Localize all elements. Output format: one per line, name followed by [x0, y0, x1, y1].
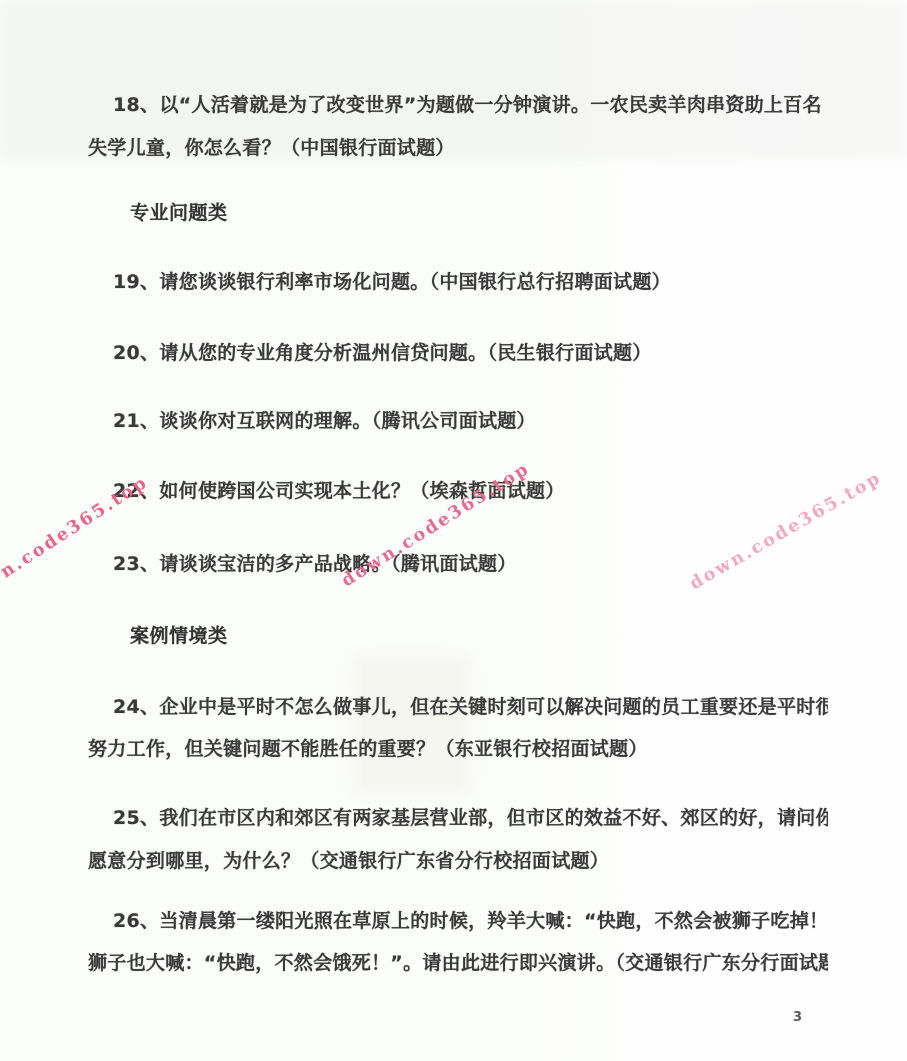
question-22: 22、如何使跨国公司实现本土化？（埃森哲面试题）	[88, 476, 828, 503]
question-18-line-2: 失学儿童，你怎么看？（中国银行面试题）	[88, 133, 828, 160]
scan-artifact-blob	[362, 664, 460, 786]
question-25-line-2: 愿意分到哪里，为什么？（交通银行广东省分行校招面试题）	[88, 846, 828, 873]
question-26-line-2: 狮子也大喊：“快跑，不然会饿死！”。请由此进行即兴演讲。（交通银行广东分行面试题…	[88, 948, 828, 975]
question-21: 21、谈谈你对互联网的理解。（腾讯公司面试题）	[88, 406, 828, 433]
question-19: 19、请您谈谈银行利率市场化问题。（中国银行总行招聘面试题）	[88, 267, 828, 294]
question-20: 20、请从您的专业角度分析温州信贷问题。（民生银行面试题）	[88, 338, 828, 365]
section-heading-professional: 专业问题类	[130, 198, 228, 225]
document-page: 18、以“人活着就是为了改变世界”为题做一分钟演讲。一农民卖羊肉串资助上百名 失…	[0, 0, 907, 1061]
question-26-line-1: 26、当清晨第一缕阳光照在草原上的时候，羚羊大喊：“快跑，不然会被狮子吃掉！”	[88, 906, 828, 933]
question-24-line-1: 24、企业中是平时不怎么做事儿，但在关键时刻可以解决问题的员工重要还是平时很	[88, 692, 828, 719]
question-24-line-2: 努力工作，但关键问题不能胜任的重要？（东亚银行校招面试题）	[88, 734, 828, 761]
question-23: 23、请谈谈宝洁的多产品战略。（腾讯面试题）	[88, 549, 828, 576]
page-number: 3	[793, 1010, 802, 1025]
section-heading-case: 案例情境类	[130, 621, 228, 648]
question-18-line-1: 18、以“人活着就是为了改变世界”为题做一分钟演讲。一农民卖羊肉串资助上百名	[88, 90, 828, 117]
question-25-line-1: 25、我们在市区内和郊区有两家基层营业部，但市区的效益不好、郊区的好，请问你	[88, 803, 828, 830]
